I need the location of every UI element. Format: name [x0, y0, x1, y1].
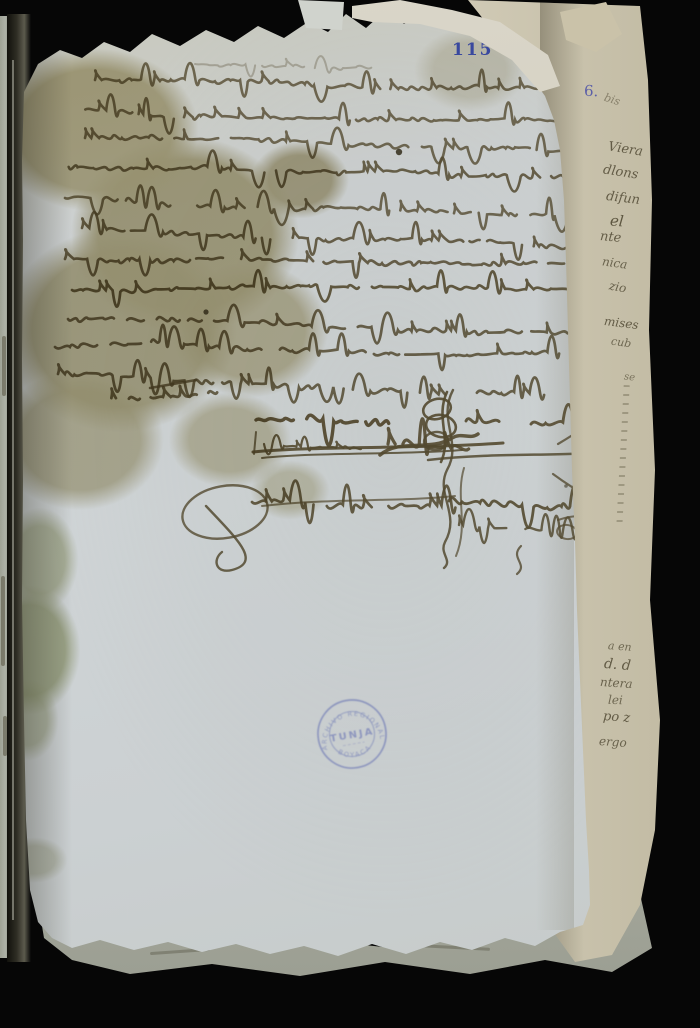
marginal-text-fragment: se	[623, 371, 635, 383]
marginal-text-fragment: dlons	[602, 162, 639, 182]
marginal-text-fragment: a en	[608, 639, 633, 654]
sliver-ink-mark	[2, 336, 6, 396]
marginal-text-fragment: zio	[608, 279, 628, 296]
marginal-text-fragment: nte	[599, 229, 622, 246]
gutter-highlight-line	[12, 60, 14, 920]
marginal-text-fragment: d. d	[603, 656, 631, 674]
next-folio-page-number: 6.	[584, 82, 599, 100]
gutter-inner-shadow	[20, 20, 72, 950]
marginal-text-fragment: difun	[605, 189, 641, 208]
marginal-text-fragment: lei	[608, 693, 623, 708]
marginal-text-fragment: ntera	[600, 675, 633, 691]
marginal-text-fragment: Viera	[607, 139, 644, 159]
marginal-text-fragment: po z	[603, 709, 631, 726]
marginal-text-fragment: nica	[601, 254, 628, 271]
marginal-text-fragment: ergo	[599, 734, 628, 750]
marginal-text-fragment: bis	[602, 91, 621, 108]
manuscript-scan: 6. bisVieradlonsdifunelntenicaziomisescu…	[0, 0, 700, 1028]
sliver-ink-mark	[1, 576, 5, 666]
marginal-text-fragment: el	[609, 211, 624, 230]
marginal-text-fragment: cub	[610, 335, 632, 351]
torn-edge-hatching	[616, 385, 629, 527]
marginal-text-fragment: mises	[603, 314, 639, 332]
